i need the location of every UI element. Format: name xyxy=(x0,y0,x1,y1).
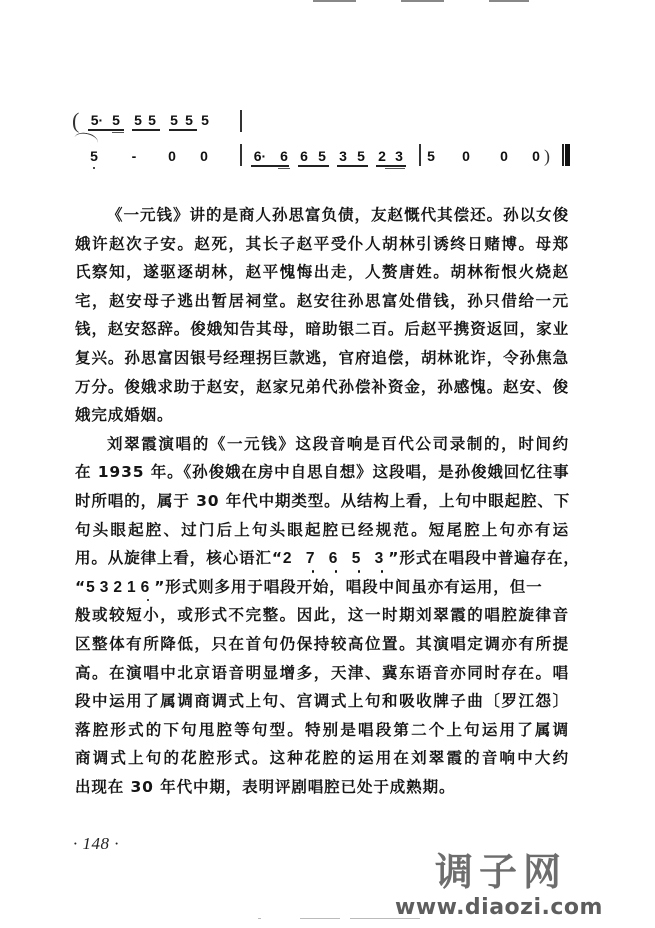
beat-underline xyxy=(88,129,124,131)
jianpu-digit: 5 xyxy=(86,579,100,596)
text-line: 钱，赵安怒辞。俊娥知告其母，暗助银二百。后赵平携资返回，家业 xyxy=(75,315,569,344)
note: 0 xyxy=(198,148,210,164)
note: - xyxy=(128,148,140,164)
note: 5 xyxy=(199,112,211,128)
open-parenthesis: ( xyxy=(72,110,79,132)
note: 5 xyxy=(168,112,180,128)
paragraph-synopsis: 《一元钱》讲的是商人孙思富负债，友赵慨代其偿还。孙以女俊 娥许赵次子安。赵死，其… xyxy=(75,201,569,430)
paragraph-analysis: 刘翠霞演唱的《一元钱》这段音响是百代公司录制的，时间约 在 1935 年。《孙俊… xyxy=(75,430,569,802)
barline xyxy=(240,110,242,132)
jianpu-digit: 3 xyxy=(100,579,114,596)
note: 5 xyxy=(425,148,437,164)
jianpu-digit-low: 3 xyxy=(375,545,389,574)
text-line: 出现在 30 年代中期，表明评剧唱腔已处于成熟期。 xyxy=(75,773,569,802)
jianpu-digit-low: 5 xyxy=(352,545,366,574)
text-line: 宅，赵安母子逃出暂居祠堂。赵安往孙思富处借钱，孙只借给一元 xyxy=(75,287,569,316)
text-line-with-notation: “ 53216 ”形式则多用于唱段开始，唱段中间虽亦有运用，但一 xyxy=(75,573,569,602)
text-segment: 用。从旋律上看，核心语汇 xyxy=(75,549,272,567)
note: 5 xyxy=(355,148,367,164)
scan-artifact xyxy=(350,918,420,919)
text-line: 刘翠霞演唱的《一元钱》这段音响是百代公司录制的，时间约 xyxy=(75,430,569,459)
text-line: 段中运用了属调商调式上句、宫调式上句和吸收牌子曲〔罗江怨〕 xyxy=(75,687,569,716)
text-segment: ”形式在唱段中普遍存在， xyxy=(388,549,580,567)
jianpu-digit-low: 6 xyxy=(141,574,155,603)
jianpu-digit: 2 xyxy=(283,550,297,567)
beat-underline xyxy=(278,168,290,169)
beat-underline xyxy=(385,168,405,169)
text-line: 般或较短小，或形式不完整。因此，这一时期刘翠霞的唱腔旋律音 xyxy=(75,601,569,630)
jianpu-digit: 2 xyxy=(113,579,127,596)
text-line: 娥完成婚姻。 xyxy=(75,401,569,430)
text-line: 区整体有所降低，只在首句仍保持较高位置。其演唱定调亦有所提 xyxy=(75,630,569,659)
jianpu-score: ( 5· 5 5 5 5 5 5 5 - 0 0 6· 6 6 5 3 5 2 … xyxy=(0,0,655,200)
final-barline-thick xyxy=(565,144,570,166)
note: 5 xyxy=(88,148,100,164)
text-line: 句头眼起腔、过门后上句头眼起腔已经规范。短尾腔上句亦有运 xyxy=(75,516,569,545)
text-line: 《一元钱》讲的是商人孙思富负债，友赵慨代其偿还。孙以女俊 xyxy=(75,201,569,230)
note: 0 xyxy=(460,148,472,164)
note: 5 xyxy=(316,148,328,164)
text-line: 复兴。孙思富因银号经理拐巨款逃，官府追偿，胡林讹诈，令孙焦急 xyxy=(75,344,569,373)
note: 2 xyxy=(376,148,388,164)
note: 0 xyxy=(166,148,178,164)
note: 0 xyxy=(498,148,510,164)
jianpu-digit-low: 7 xyxy=(306,545,320,574)
barline xyxy=(419,144,421,166)
page-number: · 148 · xyxy=(73,834,119,854)
note: 5· xyxy=(87,112,107,128)
note: 6· xyxy=(250,148,270,164)
note: 5 xyxy=(132,112,144,128)
note: 3 xyxy=(393,148,405,164)
open-quote: “ xyxy=(272,549,283,567)
watermark-site-name: 调子网 xyxy=(435,852,567,892)
text-line-with-notation: 用。从旋律上看，核心语汇“ 2 7 6 5 3”形式在唱段中普遍存在， xyxy=(75,544,569,573)
beat-underline xyxy=(376,165,406,167)
text-line: 万分。俊娥求助于赵安，赵家兄弟代孙偿补资金，孙感愧。赵安、俊 xyxy=(75,373,569,402)
beat-underline xyxy=(251,165,289,167)
beat-underline xyxy=(337,165,368,167)
note: 6 xyxy=(298,148,310,164)
text-line: 商调式上句的花腔形式。这种花腔的运用在刘翠霞的音响中大约 xyxy=(75,744,569,773)
close-parenthesis: ) xyxy=(544,145,550,167)
text-segment: ”形式则多用于唱段开始，唱段中间虽亦有运用，但一 xyxy=(154,578,542,596)
text-line: 在 1935 年。《孙俊娥在房中自思自想》这段唱，是孙俊娥回忆往事 xyxy=(75,458,569,487)
beat-underline xyxy=(169,129,197,131)
jianpu-digit-low: 6 xyxy=(329,545,343,574)
open-quote: “ xyxy=(75,578,86,596)
watermark-url: www.diaozi.com xyxy=(395,895,603,921)
note: 5 xyxy=(146,112,158,128)
note: 3 xyxy=(337,148,349,164)
beat-underline xyxy=(298,165,329,167)
note: 6 xyxy=(278,148,290,164)
scan-artifact xyxy=(258,918,261,919)
text-line: 氏察知，遂驱逐胡林，赵平愧悔出走，人赘唐姓。胡林衔恨火烧赵 xyxy=(75,258,569,287)
beat-underline xyxy=(132,129,160,131)
scan-artifact xyxy=(300,918,340,919)
note: 5 xyxy=(183,112,195,128)
text-line: 落腔形式的下句甩腔等句型。特别是唱段第二个上句运用了属调 xyxy=(75,716,569,745)
note: 5 xyxy=(110,112,122,128)
final-barline-thin xyxy=(562,144,564,166)
text-line: 娥许赵次子安。赵死，其长子赵平受仆人胡林引诱终日赌博。母郑 xyxy=(75,230,569,259)
note: 0 xyxy=(530,148,542,164)
body-text: 《一元钱》讲的是商人孙思富负债，友赵慨代其偿还。孙以女俊 娥许赵次子安。赵死，其… xyxy=(75,201,569,801)
inline-jianpu-second-phrase: 53216 xyxy=(86,574,154,603)
text-line: 高。在演唱中北京语音明显增多，天津、冀东语音亦同时存在。唱 xyxy=(75,659,569,688)
jianpu-digit: 1 xyxy=(127,579,141,596)
barline xyxy=(240,144,242,166)
text-line: 时所唱的，属于 30 年代中期类型。从结构上看，上句中眼起腔、下 xyxy=(75,487,569,516)
beat-underline xyxy=(112,132,124,133)
inline-jianpu-core-phrase: 2 7 6 5 3 xyxy=(283,545,388,574)
